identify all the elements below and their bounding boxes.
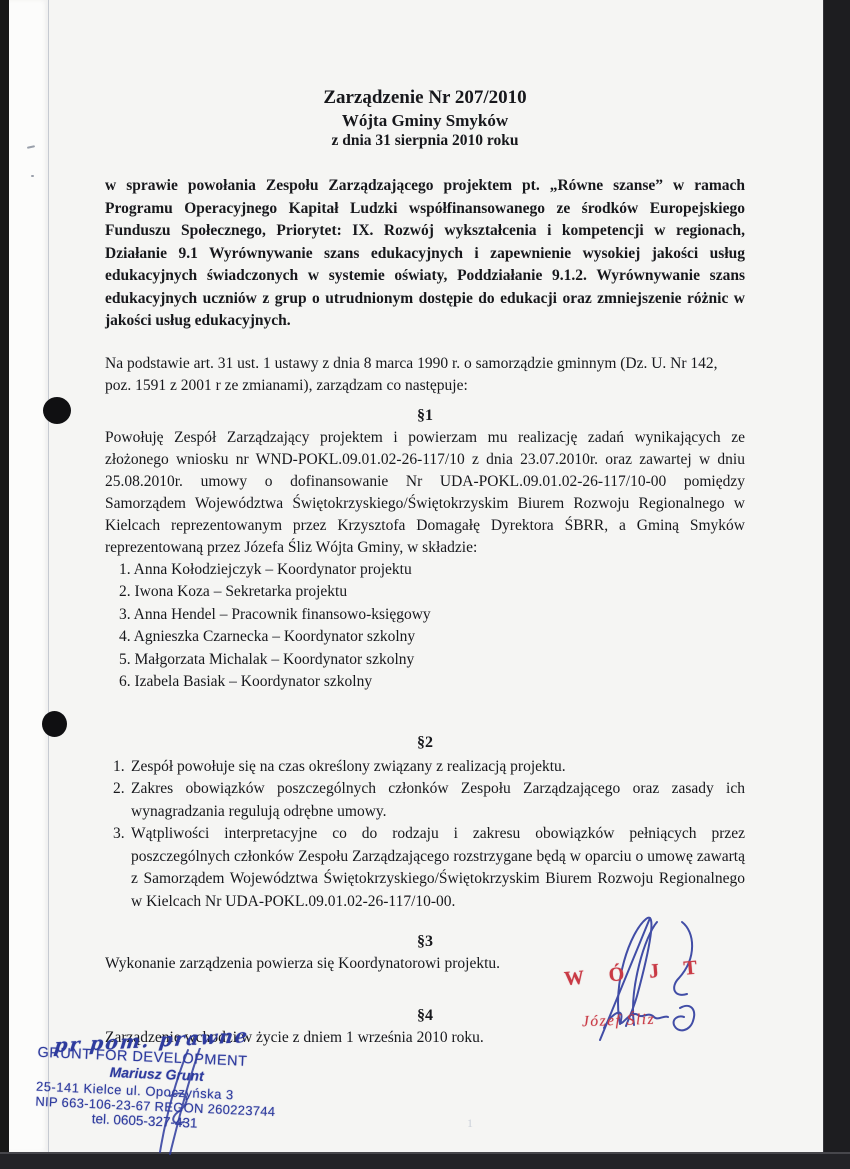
- legal-office-stamp-block: pr pom. prawne GRUNT FOR DEVELOPMENT Mar…: [36, 1028, 326, 1158]
- scanner-edge-left: [0, 0, 9, 1169]
- paper-crease-line: [48, 0, 49, 1152]
- signature-squiggle-ink: [126, 1048, 236, 1158]
- scan-speck: [31, 175, 34, 177]
- section-2-heading: §2: [105, 732, 745, 754]
- ordinance-date: z dnia 31 sierpnia 2010 roku: [105, 131, 745, 151]
- scanned-document-page: Zarządzenie Nr 207/2010 Wójta Gminy Smyk…: [0, 0, 850, 1169]
- list-item: 3. Wątpliwości interpretacyjne co do rod…: [105, 823, 745, 913]
- section-2-list: 1. Zespół powołuje się na czas określony…: [105, 756, 745, 914]
- ordinance-number: Zarządzenie Nr 207/2010: [105, 86, 745, 110]
- document-body: Zarządzenie Nr 207/2010 Wójta Gminy Smyk…: [105, 86, 745, 1049]
- list-item: 5. Małgorzata Michalak – Koordynator szk…: [119, 649, 745, 672]
- list-item: 3. Anna Hendel – Pracownik finansowo-ksi…: [119, 604, 745, 627]
- team-members-list: 1. Anna Kołodziejczyk – Koordynator proj…: [105, 559, 745, 694]
- mayor-signature-block: W Ó J T Józef Śliz: [558, 912, 798, 1052]
- list-item-number: 2.: [105, 778, 131, 823]
- list-item: 2. Iwona Koza – Sekretarka projektu: [119, 581, 745, 604]
- section-1-heading: §1: [105, 405, 745, 427]
- list-item-number: 3.: [105, 823, 131, 913]
- list-item: 2. Zakres obowiązków poszczególnych czło…: [105, 778, 745, 823]
- list-item-text: Zespół powołuje się na czas określony zw…: [131, 756, 745, 779]
- scanner-edge-right: [823, 0, 850, 1169]
- punch-hole-top: [43, 397, 71, 424]
- subject-paragraph: w sprawie powołania Zespołu Zarządzające…: [105, 175, 745, 333]
- section-1-body: Powołuję Zespół Zarządzający projektem i…: [105, 427, 745, 559]
- legal-basis-paragraph: Na podstawie art. 31 ust. 1 ustawy z dni…: [105, 353, 745, 397]
- list-item-text: Wątpliwości interpretacyjne co do rodzaj…: [131, 823, 745, 913]
- underlying-page-edge: [9, 0, 48, 1152]
- list-item: 4. Agnieszka Czarnecka – Koordynator szk…: [119, 626, 745, 649]
- faint-page-mark: 1: [467, 1116, 473, 1131]
- list-item: 6. Izabela Basiak – Koordynator szkolny: [119, 671, 745, 694]
- mayor-name-stamp: Józef Śliz: [582, 1011, 656, 1032]
- list-item: 1. Anna Kołodziejczyk – Koordynator proj…: [119, 559, 745, 582]
- list-item-text: Zakres obowiązków poszczególnych członkó…: [131, 778, 745, 823]
- punch-hole-bottom: [42, 711, 67, 737]
- list-item-number: 1.: [105, 756, 131, 779]
- list-item: 1. Zespół powołuje się na czas określony…: [105, 756, 745, 779]
- document-title: Zarządzenie Nr 207/2010 Wójta Gminy Smyk…: [105, 86, 745, 151]
- issuing-authority: Wójta Gminy Smyków: [105, 110, 745, 131]
